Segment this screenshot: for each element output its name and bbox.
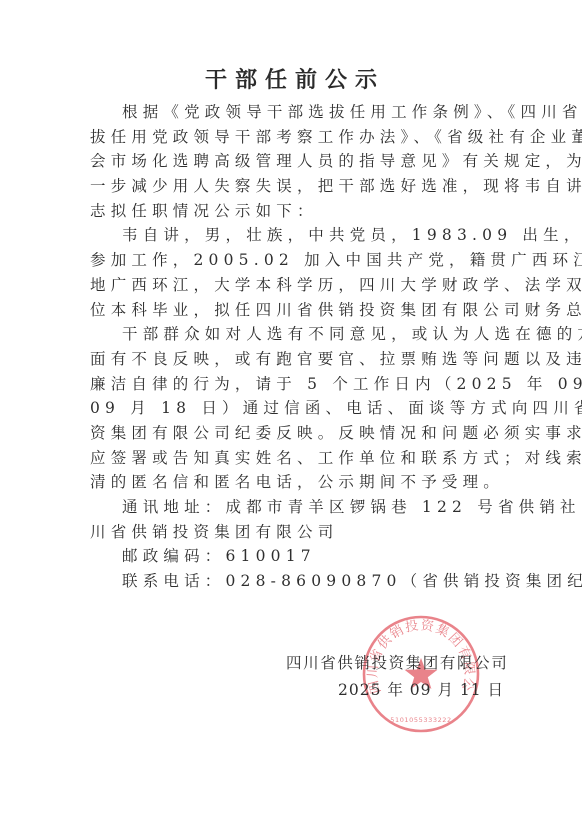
contact-address: 通讯地址：成都市青羊区锣锅巷 122 号省供销社 8 楼四 川省供销投资集团有限… bbox=[90, 495, 500, 544]
page-title: 干部任前公示 bbox=[0, 66, 582, 96]
text-line: 拔任用党政领导干部考察工作办法》、《省级社有企业董事 bbox=[90, 125, 500, 150]
text-line: 位本科毕业，拟任四川省供销投资集团有限公司财务总监。 bbox=[90, 298, 500, 323]
text-line: 根据《党政领导干部选拔任用工作条例》、《四川省选 bbox=[90, 100, 500, 125]
text-line: 干部群众如对人选有不同意见，或认为人选在德的方 bbox=[90, 322, 500, 347]
document-page: 干部任前公示 根据《党政领导干部选拔任用工作条例》、《四川省选 拔任用党政领导干… bbox=[0, 0, 582, 820]
signature-date: 2025 年 09 月 11 日 bbox=[338, 678, 504, 700]
signature-organization: 四川省供销投资集团有限公司 bbox=[286, 651, 508, 673]
text-line: 志拟任职情况公示如下： bbox=[90, 199, 500, 224]
official-seal-icon: 四川省供销投资集团有限公司 5101055333222 bbox=[361, 614, 481, 734]
svg-text:5101055333222: 5101055333222 bbox=[390, 716, 452, 724]
text-line: 面有不良反映，或有跑官要官、拉票贿选等问题以及违反 bbox=[90, 347, 500, 372]
paragraph-feedback: 干部群众如对人选有不同意见，或认为人选在德的方 面有不良反映，或有跑官要官、拉票… bbox=[90, 322, 500, 495]
contact-phone: 联系电话：028-86090870（省供销投资集团纪委） bbox=[90, 569, 500, 594]
document-body: 根据《党政领导干部选拔任用工作条例》、《四川省选 拔任用党政领导干部考察工作办法… bbox=[90, 100, 500, 594]
text-line: 会市场化选聘高级管理人员的指导意见》有关规定，为进 bbox=[90, 149, 500, 174]
text-line: 韦自讲，男，壮族，中共党员，1983.09 出生，2007.02 bbox=[90, 223, 500, 248]
text-line: 通讯地址：成都市青羊区锣锅巷 122 号省供销社 8 楼四 bbox=[90, 495, 500, 520]
text-line: 09 月 18 日）通过信函、电话、面谈等方式向四川省供销投 bbox=[90, 396, 500, 421]
text-line: 邮政编码：610017 bbox=[90, 544, 500, 569]
paragraph-basis: 根据《党政领导干部选拔任用工作条例》、《四川省选 拔任用党政领导干部考察工作办法… bbox=[90, 100, 500, 223]
text-line: 川省供销投资集团有限公司 bbox=[90, 520, 500, 545]
paragraph-nominee-info: 韦自讲，男，壮族，中共党员，1983.09 出生，2007.02 参加工作，20… bbox=[90, 223, 500, 322]
contact-postcode: 邮政编码：610017 bbox=[90, 544, 500, 569]
text-line: 清的匿名信和匿名电话，公示期间不予受理。 bbox=[90, 470, 500, 495]
text-line: 资集团有限公司纪委反映。反映情况和问题必须实事求是， bbox=[90, 421, 500, 446]
text-line: 联系电话：028-86090870（省供销投资集团纪委） bbox=[90, 569, 500, 594]
text-line: 参加工作，2005.02 加入中国共产党，籍贯广西环江，出生 bbox=[90, 248, 500, 273]
text-line: 廉洁自律的行为，请于 5 个工作日内（2025 年 09 月 12 日至 bbox=[90, 372, 500, 397]
text-line: 应签署或告知真实姓名、工作单位和联系方式；对线索不 bbox=[90, 446, 500, 471]
text-line: 一步减少用人失察失误，把干部选好选准，现将韦自讲同 bbox=[90, 174, 500, 199]
text-line: 地广西环江，大学本科学历，四川大学财政学、法学双学 bbox=[90, 273, 500, 298]
